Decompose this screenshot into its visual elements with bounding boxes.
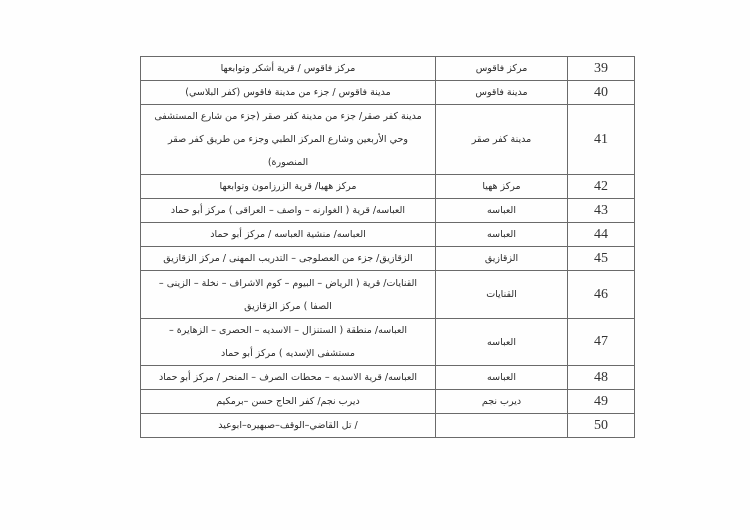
area-name-cell: مركز فاقوس [436, 57, 568, 81]
row-number-cell: 39 [568, 57, 635, 81]
row-number-cell: 41 [568, 105, 635, 175]
table-row: 39مركز فاقوسمركز فاقوس / قرية أشكر وتواب… [141, 57, 635, 81]
area-name-cell: مركز ههيا [436, 175, 568, 199]
row-number-cell: 40 [568, 81, 635, 105]
area-description-cell: الزقازيق/ جزء من العصلوجى – التدريب المه… [141, 247, 436, 271]
table-row: 47العباسهالعباسه/ منطقة ( الستنزال – الا… [141, 319, 635, 366]
area-name-cell: العباسه [436, 366, 568, 390]
districts-table: 39مركز فاقوسمركز فاقوس / قرية أشكر وتواب… [140, 56, 635, 438]
row-number-cell: 49 [568, 390, 635, 414]
row-number-cell: 46 [568, 271, 635, 319]
area-name-cell: العباسه [436, 223, 568, 247]
area-name-cell: العباسه [436, 199, 568, 223]
area-name-cell: العباسه [436, 319, 568, 366]
document-page: 39مركز فاقوسمركز فاقوس / قرية أشكر وتواب… [0, 0, 750, 530]
table-row: 40مدينة فاقوسمدينة فاقوس / جزء من مدينة … [141, 81, 635, 105]
area-name-cell: مدينة فاقوس [436, 81, 568, 105]
table-row: 50/ تل القاضي–الوقف–صبهيره–ابوعيد [141, 414, 635, 438]
area-description-cell: ديرب نجم/ كفر الحاج حسن –برمكيم [141, 390, 436, 414]
row-number-cell: 47 [568, 319, 635, 366]
area-description-cell: مدينة كفر صقر/ جزء من مدينة كفر صقر (جزء… [141, 105, 436, 175]
area-name-cell: القنايات [436, 271, 568, 319]
row-number-cell: 44 [568, 223, 635, 247]
area-name-cell [436, 414, 568, 438]
table-row: 48العباسهالعباسه/ قرية الاسديه – محطات ا… [141, 366, 635, 390]
area-description-cell: العباسه/ قرية الاسديه – محطات الصرف – ال… [141, 366, 436, 390]
area-description-cell: / تل القاضي–الوقف–صبهيره–ابوعيد [141, 414, 436, 438]
area-description-cell: مركز ههيا/ قرية الزرزامون وتوابعها [141, 175, 436, 199]
table-row: 44العباسهالعباسه/ منشية العباسه / مركز أ… [141, 223, 635, 247]
table-row: 41مدينة كفر صقرمدينة كفر صقر/ جزء من مدي… [141, 105, 635, 175]
area-name-cell: ديرب نجم [436, 390, 568, 414]
area-description-cell: العباسه/ منطقة ( الستنزال – الاسديه – ال… [141, 319, 436, 366]
area-name-cell: الزقازيق [436, 247, 568, 271]
table-row: 43العباسهالعباسه/ قرية ( الغوارنه – واصف… [141, 199, 635, 223]
row-number-cell: 42 [568, 175, 635, 199]
row-number-cell: 50 [568, 414, 635, 438]
row-number-cell: 43 [568, 199, 635, 223]
row-number-cell: 48 [568, 366, 635, 390]
table-row: 42مركز ههيامركز ههيا/ قرية الزرزامون وتو… [141, 175, 635, 199]
area-description-cell: العباسه/ منشية العباسه / مركز أبو حماد [141, 223, 436, 247]
area-description-cell: العباسه/ قرية ( الغوارنه – واصف – العراق… [141, 199, 436, 223]
area-name-cell: مدينة كفر صقر [436, 105, 568, 175]
table-row: 46القناياتالقنايات/ قرية ( الرياض – البي… [141, 271, 635, 319]
table-row: 49ديرب نجمديرب نجم/ كفر الحاج حسن –برمكي… [141, 390, 635, 414]
area-description-cell: القنايات/ قرية ( الرياض – البيوم – كوم ا… [141, 271, 436, 319]
row-number-cell: 45 [568, 247, 635, 271]
area-description-cell: مدينة فاقوس / جزء من مدينة فاقوس (كفر ال… [141, 81, 436, 105]
table-row: 45الزقازيقالزقازيق/ جزء من العصلوجى – ال… [141, 247, 635, 271]
area-description-cell: مركز فاقوس / قرية أشكر وتوابعها [141, 57, 436, 81]
